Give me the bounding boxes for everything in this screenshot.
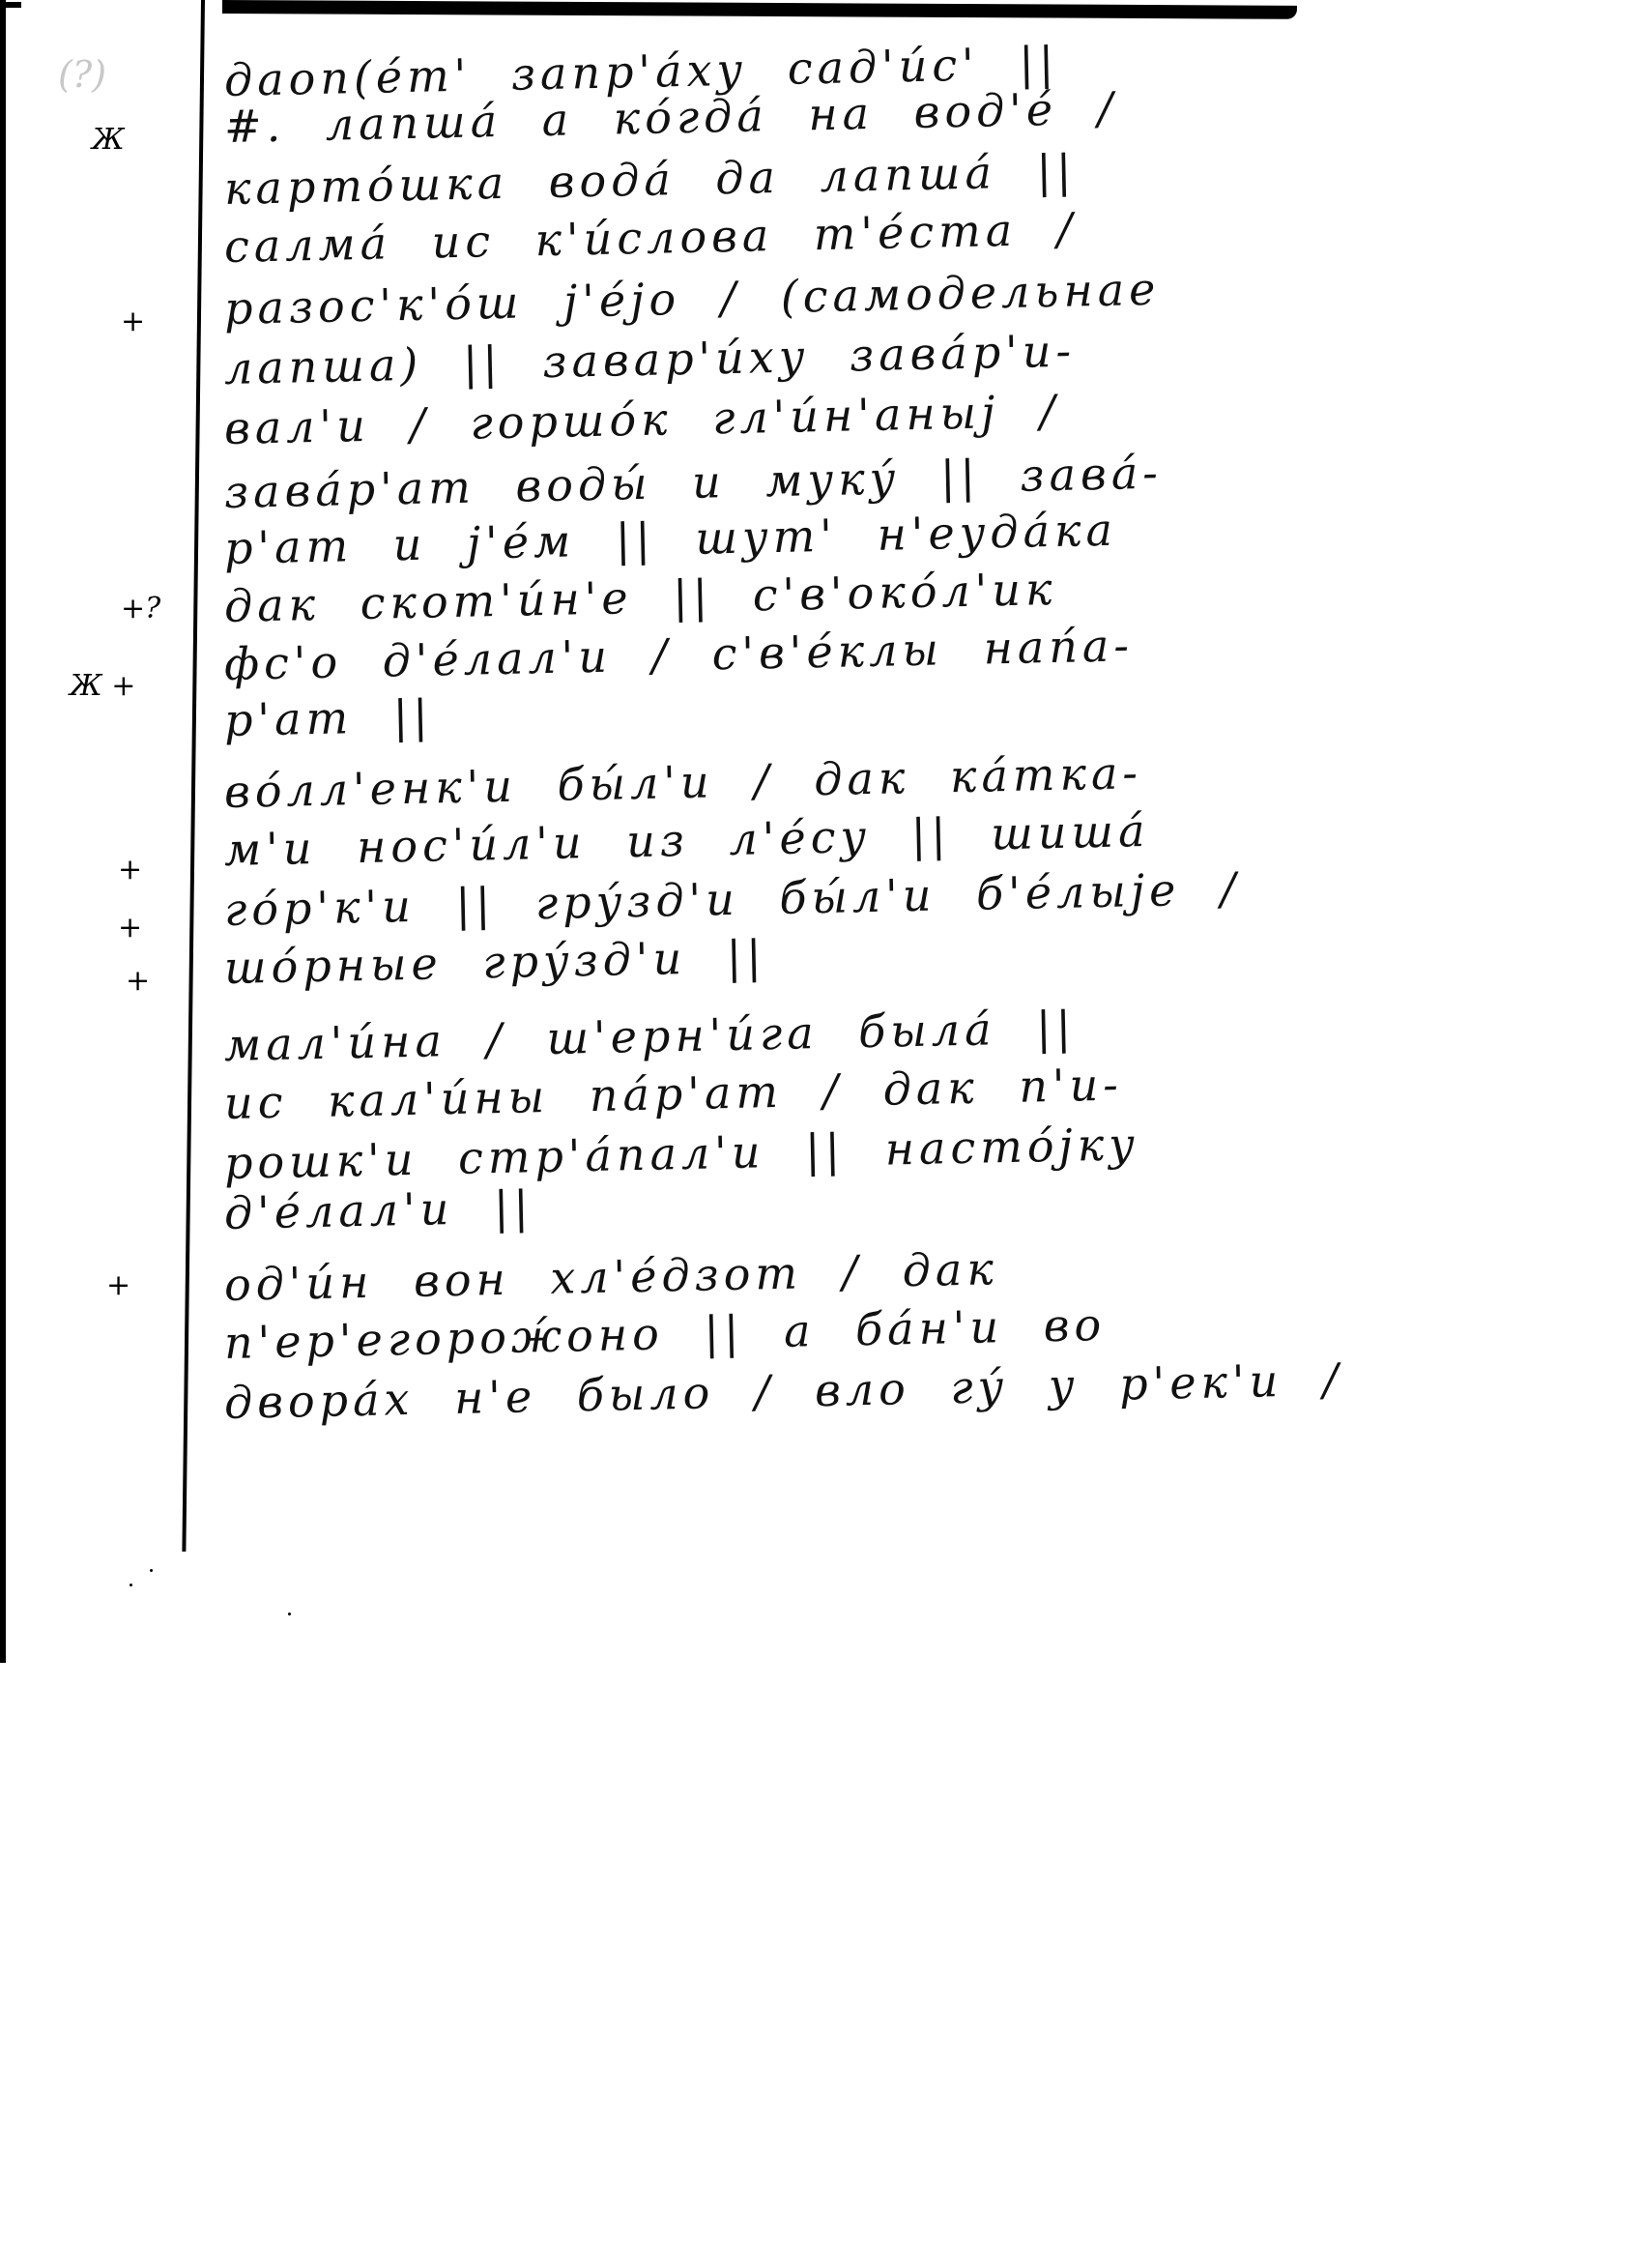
text-line: мал'и́на / ш'ерн'и́га была́ ||: [224, 1005, 1077, 1067]
scan-speck: [150, 1569, 153, 1572]
margin-mark: +: [121, 307, 145, 336]
faint-pencil-mark: (?): [58, 53, 106, 96]
document-page: (?) Ж++?Ж +++++ даоп(е́т' запр'а́ху сад'…: [0, 0, 1643, 2268]
scan-top-border: [222, 0, 1297, 19]
margin-mark: +: [106, 1271, 130, 1300]
scan-left-edge: [0, 0, 6, 1663]
text-line: рошк'и стр'а́пал'и || насто́jку: [224, 1121, 1140, 1185]
text-line: д'е́лал'и ||: [224, 1184, 534, 1236]
margin-mark: +: [118, 856, 142, 885]
text-line: салма́ ис к'и́слова т'е́ста /: [224, 207, 1078, 269]
margin-rule: [182, 0, 205, 1552]
text-line: карто́шка вода́ да лапша́ ||: [224, 149, 1077, 211]
margin-mark: +: [118, 914, 142, 943]
text-line: ис кал'и́ны па́р'ат / дак п'и-: [224, 1062, 1124, 1125]
margin-mark: Ж: [92, 126, 125, 155]
margin-mark: Ж +: [70, 672, 135, 701]
scan-corner-mark: [0, 2, 21, 8]
text-line: во́лл'енк'и бы́л'и / дак ка́тка-: [224, 750, 1143, 814]
scan-speck: [130, 1584, 132, 1586]
text-line: двора́х н'е было / вло гу́ у р'ек'и /: [224, 1357, 1343, 1425]
text-line: фс'о д'е́лал'и / с'в'е́клы нап́а-: [224, 623, 1135, 686]
text-line: м'и нос'и́л'и из л'е́су || шиша́: [224, 808, 1150, 872]
text-line: р'ат и j'е́м || шут' н'еуда́ка: [224, 508, 1118, 570]
text-line: од'и́н вон хл'е́дзот / дак: [224, 1246, 999, 1307]
text-line: вал'и / горшо́к гл'и́н'аныj /: [224, 389, 1060, 451]
text-line: р'ат ||: [224, 693, 434, 742]
text-line: шо́рные гру́зд'и ||: [224, 934, 767, 990]
text-line: го́р'к'и || гру́зд'и бы́л'и б'е́лыjе /: [224, 866, 1241, 932]
margin-mark: +: [126, 967, 150, 996]
text-line: дак скот'и́н'е || с'в'око́л'ик: [224, 567, 1057, 628]
scan-speck: [288, 1613, 291, 1615]
text-line: разос'к'о́ш j'е́jо / (самодельнае: [224, 267, 1161, 331]
margin-mark: +?: [121, 595, 160, 624]
text-line: лапша) || завар'и́ху зава́р'и-: [224, 329, 1077, 391]
text-line: п'ер'егорож́оно || а ба́н'и во: [224, 1302, 1107, 1365]
